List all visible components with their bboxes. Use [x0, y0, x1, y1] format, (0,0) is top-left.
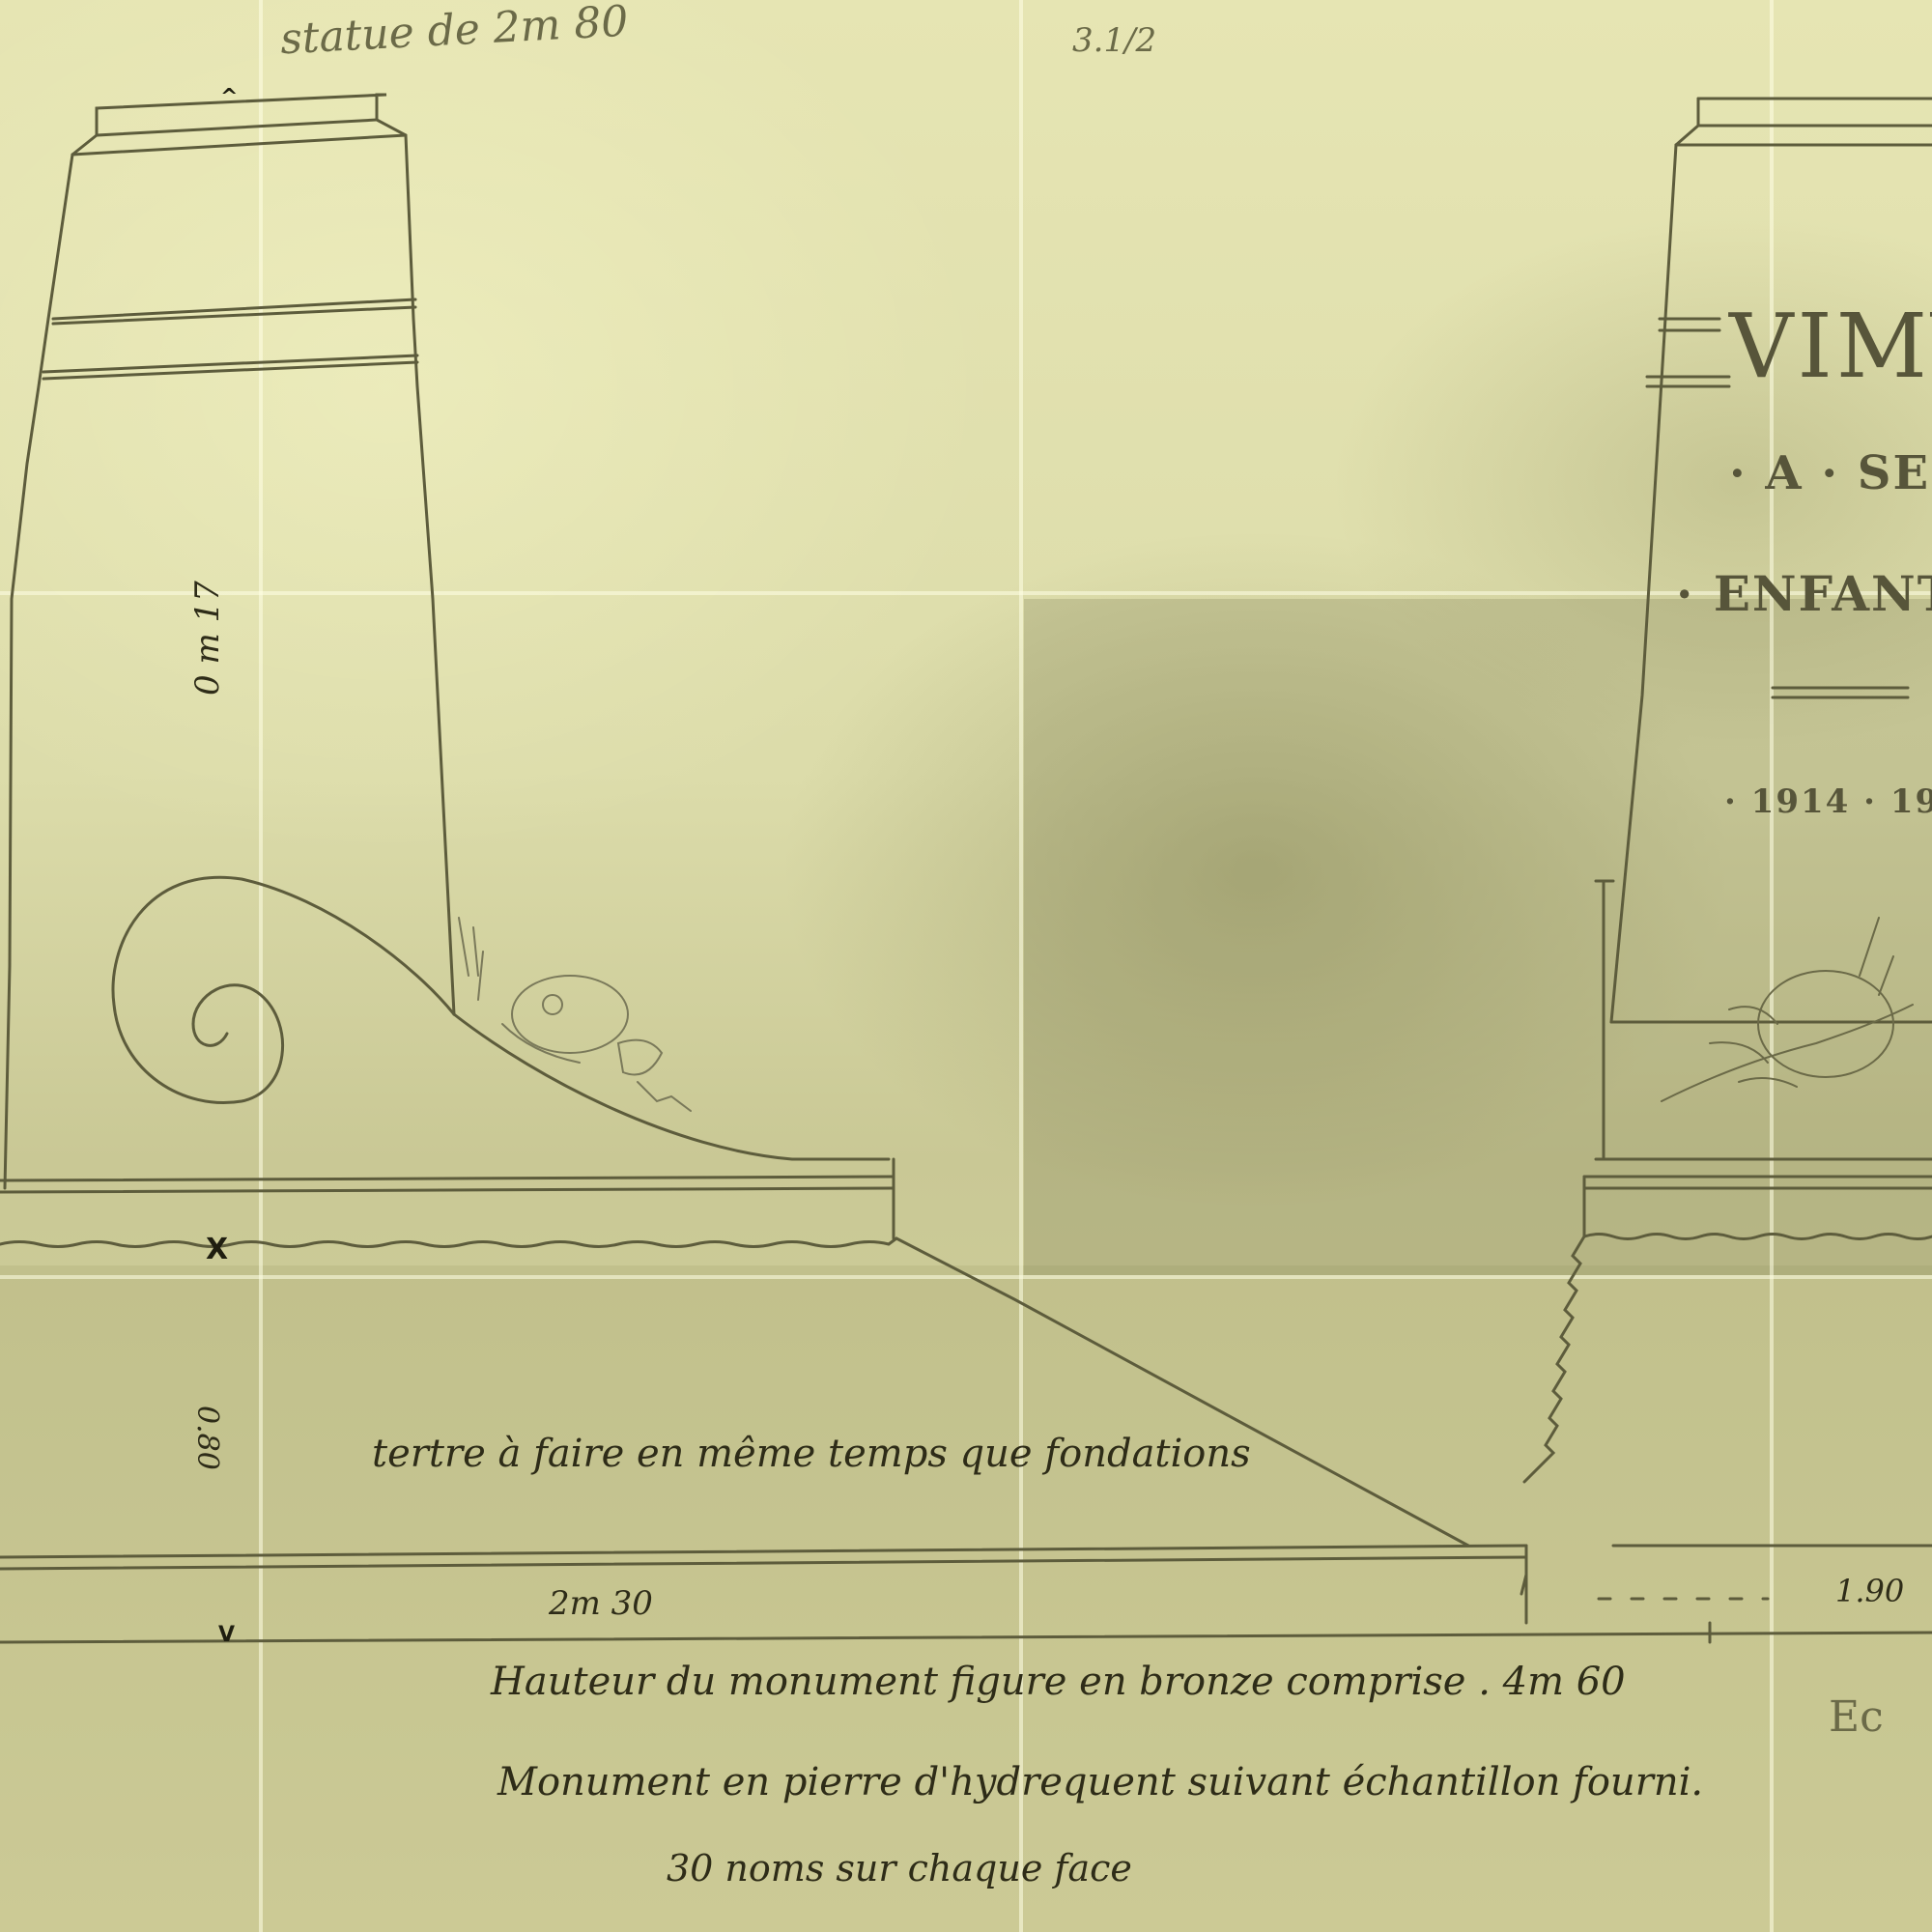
column-height-dimension: 0 m 17	[188, 581, 227, 696]
height-note: Hauteur du monument figure en bronze com…	[491, 1660, 1626, 1704]
top-scale-note: 3.1/2	[1072, 21, 1156, 60]
tertre-note: tertre à faire en même temps que fondati…	[372, 1432, 1251, 1476]
bottom-marker: V	[218, 1623, 235, 1647]
inscription-line-3: · ENFANT	[1676, 565, 1932, 622]
drawing-sheet: statue de 2m 80 3.1/2 ^ 0 m 17 X 0.80 V …	[0, 0, 1932, 1932]
elevation-drawing	[0, 0, 1932, 1932]
top-marker: ^	[220, 85, 238, 109]
foundation-dimension: 0.80	[190, 1406, 224, 1470]
names-note: 30 noms sur chaque face	[667, 1847, 1132, 1889]
inscription-line-1: VIMY	[1729, 295, 1932, 398]
column-cap-left	[72, 95, 406, 155]
material-note: Monument en pierre d'hydrequent suivant …	[497, 1760, 1703, 1804]
base-width-left: 2m 30	[549, 1584, 653, 1623]
ground-marker: X	[206, 1233, 228, 1266]
inscription-line-2: · A · SES	[1729, 446, 1932, 500]
inscription-line-4: · 1914 · 1918	[1724, 782, 1932, 821]
base-width-right: 1.90	[1835, 1573, 1904, 1609]
scale-label: Ec	[1829, 1692, 1884, 1742]
